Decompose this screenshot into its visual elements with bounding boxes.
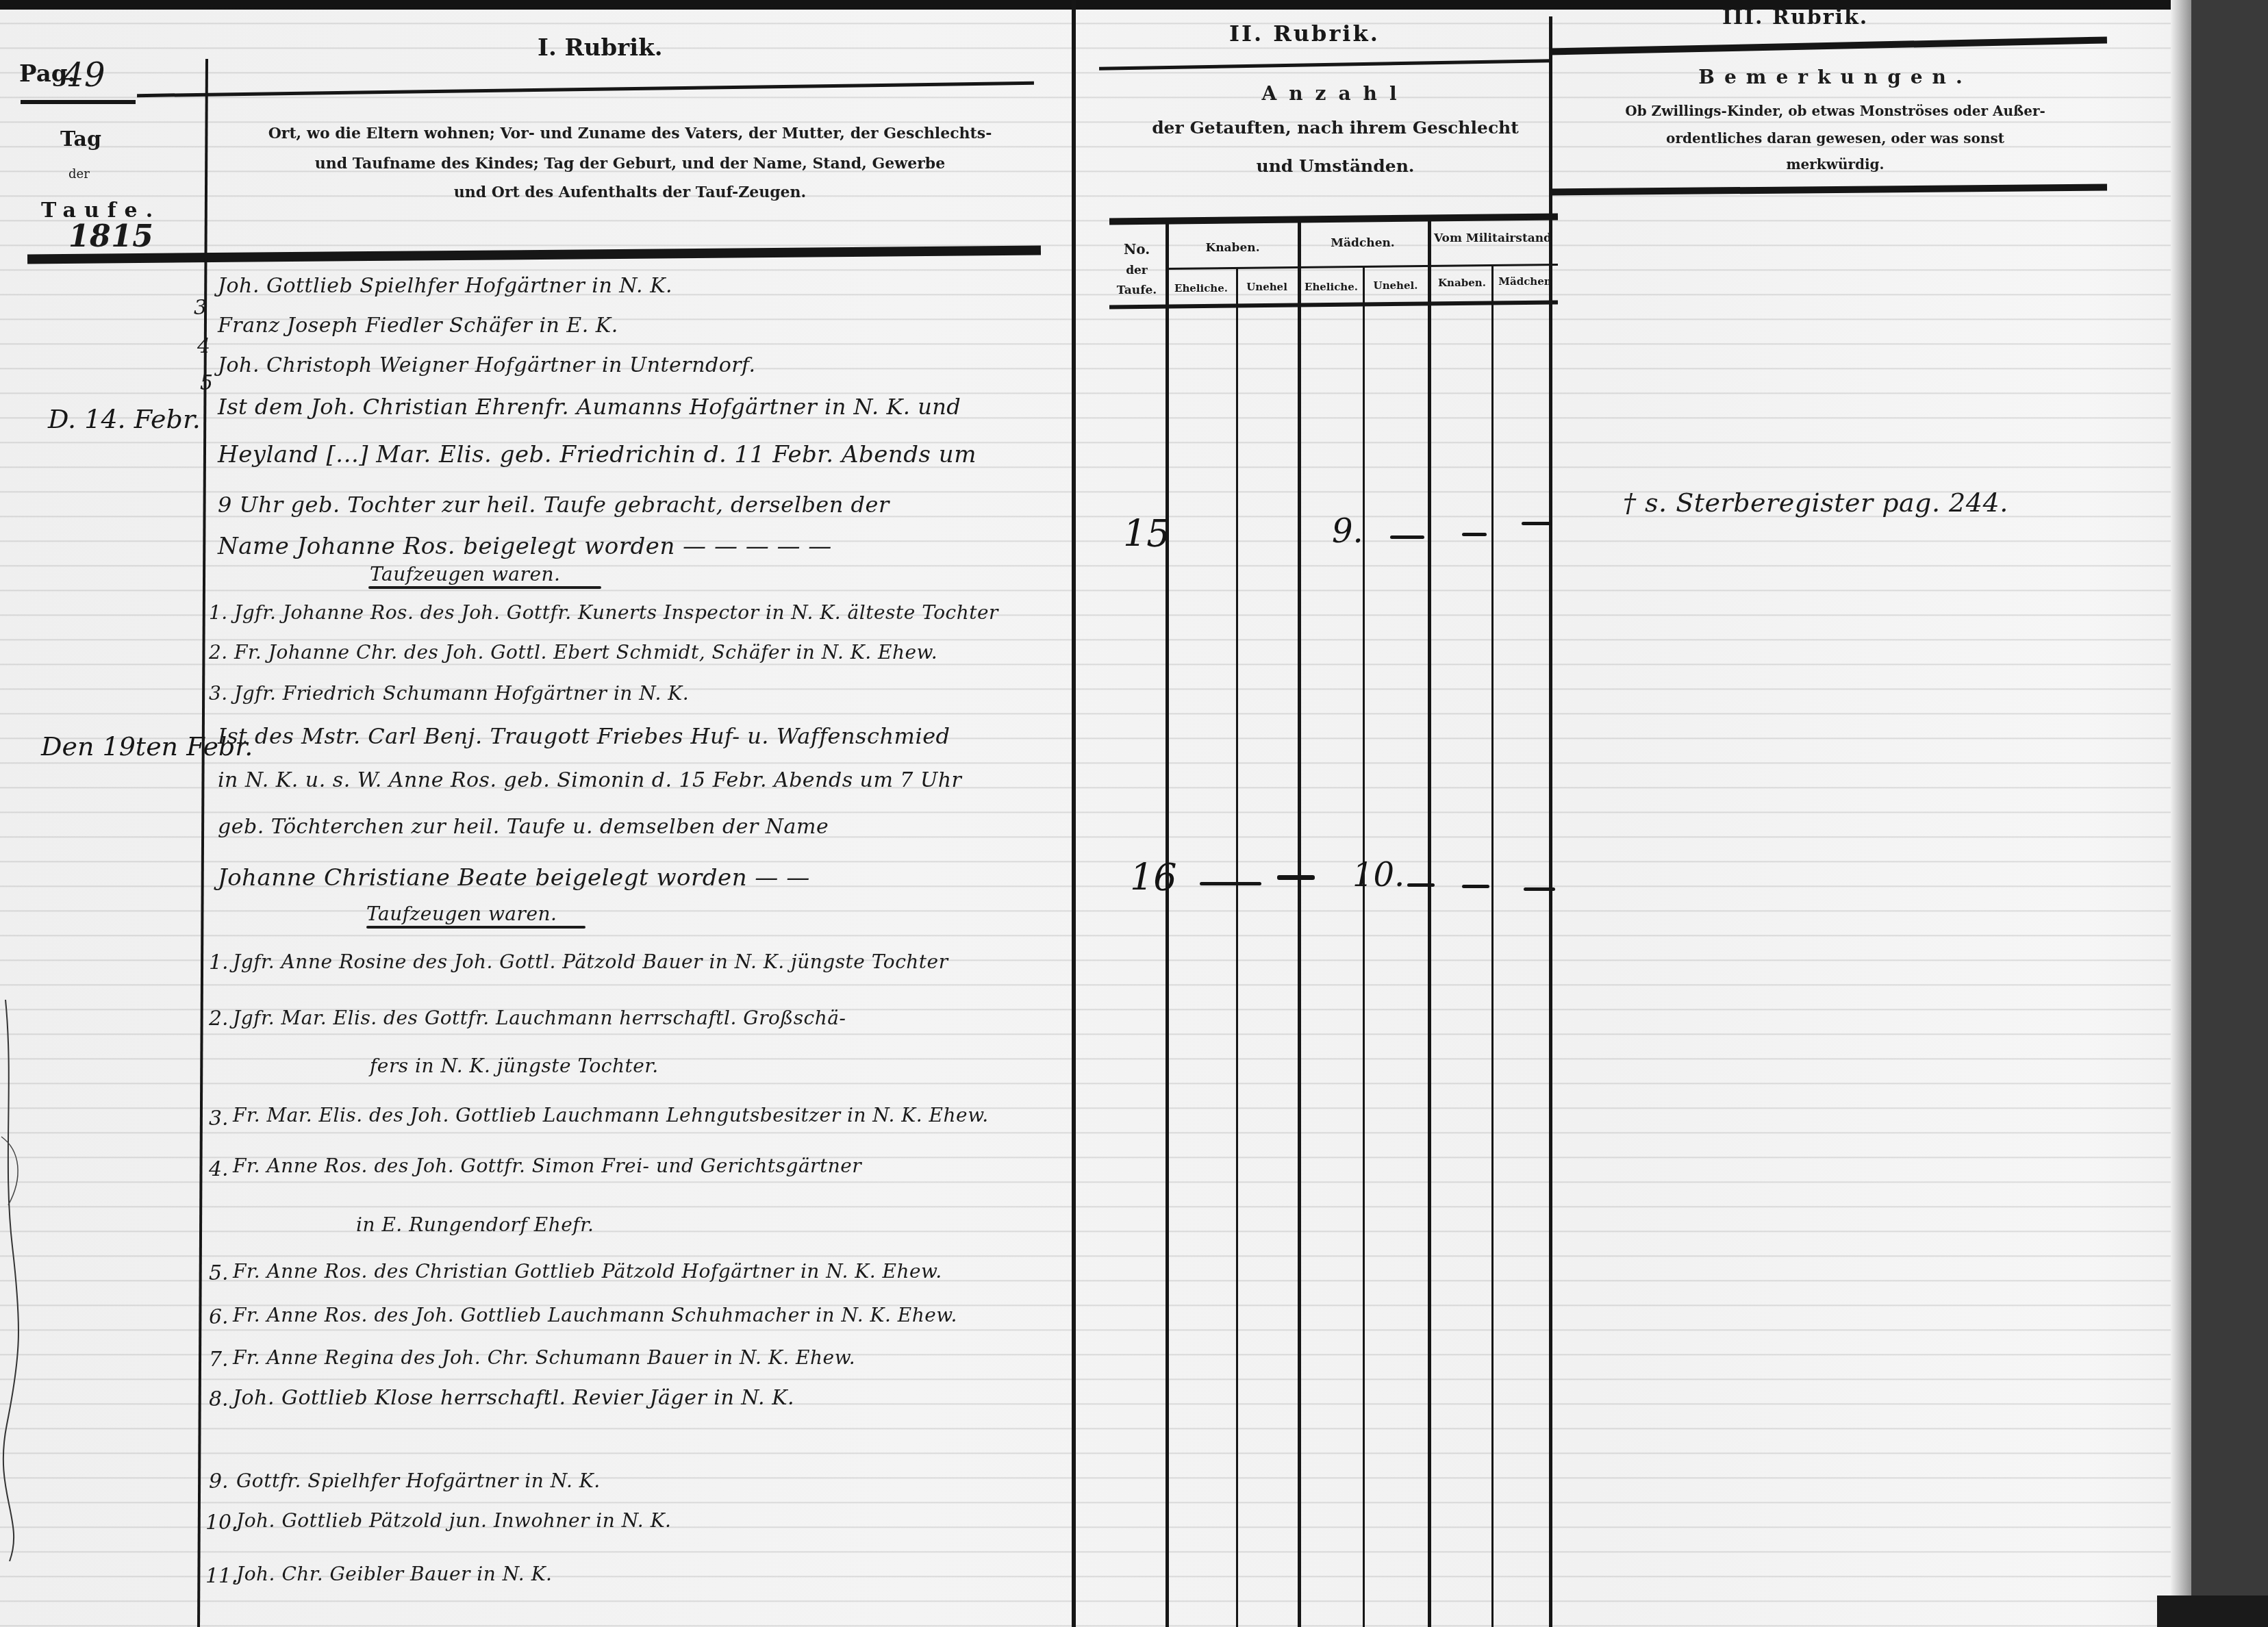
rubrik3-title: III. Rubrik. [1722,5,1868,29]
entry-line: Ist dem Joh. Christian Ehrenfr. Aumanns … [218,394,961,420]
taufzeugen-underline [366,926,585,929]
sponsor-number: 8. [209,1387,229,1411]
col-line-mil-mid [1491,266,1494,1627]
entry-line: geb. Töchterchen zur heil. Taufe u. dems… [218,815,829,839]
entry-line: in N. K. u. s. W. Anne Ros. geb. Simonin… [218,768,961,792]
col-no-line3: Taufe. [1109,283,1164,297]
main-header-rule [27,246,1041,264]
sponsor-number: 5. [209,1261,229,1285]
table-header-top-rule [1109,214,1558,225]
sponsor-number: 3. [209,1107,229,1131]
col-mil-knaben: Knaben. [1431,277,1493,289]
page-number: 49 [63,56,105,94]
sponsor-number: 9. [209,1470,229,1493]
col-line-no [1165,219,1169,1627]
sponsor-line: 2. Fr. Johanne Chr. des Joh. Gottl. Eber… [209,641,937,664]
sponsor-line: Joh. Gottlieb Pätzold jun. Inwohner in N… [236,1509,671,1532]
rubrik3-heading: Bemerkungen. [1561,66,2109,88]
sponsor-line: Fr. Anne Ros. des Joh. Gottlieb Lauchman… [233,1304,957,1326]
maedchen-ehelich-count: 10. [1352,856,1404,894]
maedchen-unehel-dash [1407,883,1435,887]
sponsor-line: Fr. Anne Regina des Joh. Chr. Schumann B… [233,1346,855,1369]
sponsor-line: 1. Jgfr. Johanne Ros. des Joh. Gottfr. K… [209,601,998,624]
knaben-unehel-dash [1277,875,1315,880]
col-maedchen-unehel: Unehel. [1364,279,1427,292]
rubrik3-rule [1549,36,2107,55]
col-knaben-eheliche: Eheliche. [1168,282,1235,294]
rubrik2-heading: Anzahl [1096,82,1575,105]
margin-sketch [0,1000,41,1561]
mil-knaben-dash [1462,533,1487,536]
year: 1815 [68,219,153,254]
scan-border-bottom [2157,1596,2268,1627]
rubrik3-desc-line2: ordentliches daran gewesen, oder was son… [1561,130,2109,147]
rubrik3-desc-line3: merkwürdig. [1561,156,2109,173]
maedchen-ehelich-count: 9. [1332,512,1363,551]
taufe-number: 15 [1123,512,1170,555]
sponsor-number: 4. [209,1157,229,1181]
taufzeugen-underline [368,586,601,589]
sponsor-line: fers in N. K. jüngste Tochter. [370,1055,659,1077]
col-line-knaben-mid [1236,268,1238,1627]
rubrik2-title: II. Rubrik. [1229,21,1380,47]
remark-death-register: † s. Sterberegister pag. 244. [1623,488,2008,518]
sponsor-line: Gottfr. Spielhfer Hofgärtner in N. K. [236,1470,601,1492]
col-maedchen: Mädchen. [1298,236,1428,250]
rubrik3-bottom-rule [1549,184,2107,195]
entry-line: Joh. Gottlieb Spielhfer Hofgärtner in N.… [218,274,672,298]
sponsor-number: 7. [209,1348,229,1372]
sponsor-number: 5 [200,371,213,395]
rubrik1-desc-line1: Ort, wo die Eltern wohnen; Vor- und Zuna… [233,125,1027,142]
entry-line: Ist des Mstr. Carl Benj. Traugott Friebe… [218,723,950,749]
tag-label: Tag [60,127,101,151]
register-page: Pag. 49 Tag der Taufe. 1815 I. Rubrik. O… [0,0,2268,1627]
entry-line-taufzeugen: Taufzeugen waren. [370,563,560,585]
sponsor-number: 4 [197,334,210,358]
tag-column-divider [197,59,208,1627]
sponsor-line: in E. Rungendorf Ehefr. [356,1213,594,1236]
rubrik1-rule [137,81,1034,97]
knaben-ehelich-dash [1200,882,1261,885]
sponsor-line: Joh. Chr. Geibler Bauer in N. K. [236,1563,552,1585]
mil-maedchen-dash [1522,522,1552,525]
entry-line: Name Johanne Ros. beigelegt worden — — —… [218,533,832,560]
entry-line: 9 Uhr geb. Tochter zur heil. Taufe gebra… [218,492,890,518]
entry-line: Johanne Christiane Beate beigelegt worde… [218,864,810,892]
entry-line: Joh. Christoph Weigner Hofgärtner in Unt… [218,353,756,377]
col-knaben: Knaben. [1168,241,1298,255]
col-knaben-unehel: Unehel [1236,281,1298,293]
sponsor-number: 2. [209,1007,229,1031]
mil-maedchen-dash [1524,887,1555,891]
entry-date: D. 14. Febr. [48,404,201,434]
der-label: der [68,167,90,181]
sponsor-line: Jgfr. Anne Rosine des Joh. Gottl. Pätzol… [233,950,948,973]
col-no-line1: No. [1109,241,1164,257]
col-line-knaben-maedchen [1298,223,1301,1627]
col-line-maedchen-mid [1363,267,1365,1627]
rubrik3-desc-line1: Ob Zwillings-Kinder, ob etwas Monströses… [1561,103,2109,119]
col-maedchen-eheliche: Eheliche. [1300,281,1363,293]
entry-line-taufzeugen: Taufzeugen waren. [366,903,557,925]
rubrik2-desc-line2: und Umständen. [1096,156,1575,176]
entry-line: Heyland [...] Mar. Elis. geb. Friedrichi… [218,441,977,468]
entry-line: Franz Joseph Fiedler Schäfer in E. K. [218,314,618,338]
sponsor-line: Joh. Gottlieb Klose herrschaftl. Revier … [233,1386,794,1410]
sponsor-line: Fr. Mar. Elis. des Joh. Gottlieb Lauchma… [233,1104,989,1126]
book-binding [2191,0,2268,1627]
rubrik2-rule [1099,59,1551,71]
scan-border-top [0,0,2268,10]
sponsor-line: Fr. Anne Ros. des Christian Gottlieb Pät… [233,1260,942,1283]
taufe-number: 16 [1130,856,1177,899]
table-header-bottom-rule [1109,301,1558,310]
col-militair: Vom Militairstand [1428,231,1558,245]
sponsor-number: 11. [205,1564,238,1588]
col-line-maedchen-mil [1428,220,1431,1627]
mil-knaben-dash [1462,885,1489,888]
rubrik2-3-divider [1549,16,1552,1627]
rubrik1-title: I. Rubrik. [538,34,663,62]
sponsor-line: Jgfr. Mar. Elis. des Gottfr. Lauchmann h… [233,1007,846,1029]
col-mil-maedchen: Mädchen [1494,275,1556,288]
sponsor-number: 1. [209,950,229,974]
sponsor-line: Fr. Anne Ros. des Joh. Gottfr. Simon Fre… [233,1155,861,1177]
header-rule [21,100,136,104]
rubrik1-2-divider [1072,0,1076,1627]
sponsor-number: 3 [194,296,207,320]
rubrik2-desc-line1: der Getauften, nach ihrem Geschlecht [1096,118,1575,138]
maedchen-unehel-dash [1390,535,1424,539]
col-no-line2: der [1109,264,1164,277]
sponsor-number: 6. [209,1305,229,1329]
rubrik1-desc-line3: und Ort des Aufenthalts der Tauf-Zeugen. [233,184,1027,201]
sponsor-line: 3. Jgfr. Friedrich Schumann Hofgärtner i… [209,682,689,705]
sponsor-number: 10. [205,1511,238,1535]
rubrik1-desc-line2: und Taufname des Kindes; Tag der Geburt,… [233,155,1027,173]
